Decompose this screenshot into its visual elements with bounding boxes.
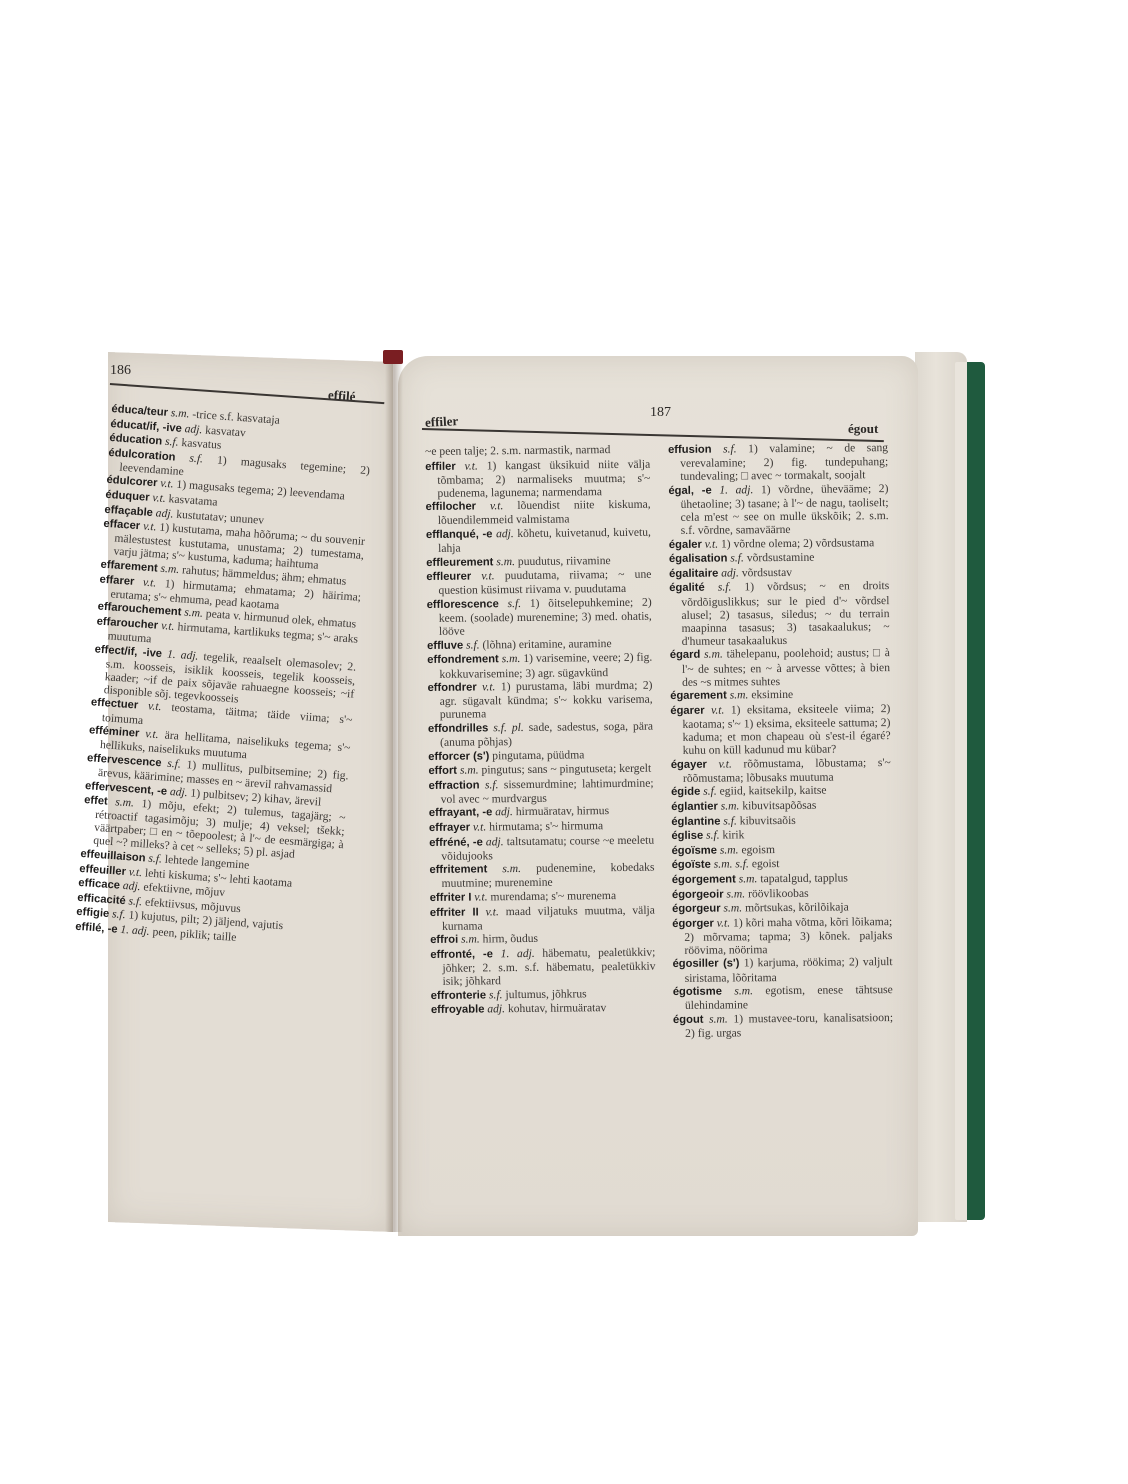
headword: égarement [670, 690, 727, 702]
definition: kasvatama [168, 492, 218, 508]
grammar-label: v.t. [481, 570, 494, 583]
headword: effarer [99, 573, 135, 587]
grammar-label: s.m. [709, 1012, 728, 1025]
definition: kibuvitsaõis [740, 813, 796, 826]
grammar-label: s.m. [184, 606, 204, 620]
dictionary-entry: effroyable adj. kohutav, hirmuäratav [431, 1001, 656, 1017]
running-head-word: égout [848, 421, 878, 436]
headword: églantine [671, 815, 720, 827]
dictionary-entry: égaler v.t. 1) võrdne olema; 2) võrdsust… [669, 536, 889, 552]
dictionary-entry: efflorescence s.f. 1) õitselepuhkemine; … [427, 596, 652, 639]
definition: egoism [741, 843, 775, 856]
headword: égaler [669, 538, 702, 550]
grammar-label: s.m. [460, 764, 479, 777]
right-page-column-2: effusion s.f. 1) valamine; ~ de sang ver… [668, 441, 893, 1040]
headword: effet [84, 794, 108, 808]
dictionary-entry: égorgeur s.m. mõrtsukas, kõrilõikaja [672, 900, 892, 916]
headword: effaçable [104, 503, 153, 518]
grammar-label: s.f. [723, 442, 737, 455]
grammar-label: v.t. [485, 905, 498, 918]
grammar-label: s.m. [739, 872, 758, 885]
dictionary-entry: égorger v.t. 1) kõri maha võtma, kõri lõ… [672, 915, 892, 957]
headword: égosiller (s') [672, 958, 739, 971]
right-running-head-right: égout [848, 421, 878, 437]
grammar-label: s.m. s.f. [714, 858, 749, 871]
headword: effrayant, -e [429, 807, 493, 820]
dictionary-entry: effleurer v.t. puudutama, riivama; ~ une… [426, 568, 651, 598]
dictionary-entry: égard s.m. tähelepanu, poolehoid; austus… [670, 646, 890, 688]
dictionary-entry: effronté, -e 1. adj. häbematu, pealetükk… [430, 945, 655, 988]
definition: puudutus, riivamine [518, 554, 611, 568]
definition: 1) võrdne olema; 2) võrdsustama [721, 536, 874, 550]
green-book-cover [955, 362, 985, 1220]
definition: pingutus; sans ~ pingutuseta; kergelt [481, 762, 651, 777]
headword: égorgeur [672, 903, 721, 915]
headword: égorgeoir [672, 888, 724, 900]
definition: tapatalgud, tapplus [760, 871, 848, 885]
grammar-label: s.m. [502, 862, 521, 875]
headword: effectuer [91, 697, 139, 712]
definition: ~e peen talje; 2. s.m. narmastik, narmad [425, 443, 610, 458]
headword: efféminer [89, 724, 140, 739]
grammar-label: s.f. [489, 988, 503, 1001]
grammar-label: adj. [487, 1002, 505, 1015]
definition: hirmutama; s'~ hirmuma [489, 819, 603, 833]
headword: effaroucher [96, 615, 158, 631]
grammar-label: 1. adj. [501, 947, 535, 960]
grammar-label: v.t. [143, 520, 157, 534]
headword: église [671, 830, 703, 842]
headword: effleurement [426, 556, 493, 569]
definition: kasvatav [205, 423, 246, 439]
grammar-label: s.m. [704, 648, 723, 661]
grammar-label: s.f. pl. [493, 721, 524, 734]
grammar-label: adj. [184, 422, 203, 436]
grammar-label: v.t. [152, 491, 166, 505]
headword: effort [428, 765, 457, 777]
dictionary-entry: égide s.f. egiid, kaitsekilp, kaitse [671, 783, 891, 799]
headword: effleurer [426, 571, 471, 583]
grammar-label: v.t. [711, 703, 724, 716]
grammar-label: s.m. [502, 652, 521, 665]
grammar-label: s.m. [461, 933, 480, 946]
dictionary-entry: efflanqué, -e adj. kõhetu, kuivetanud, k… [426, 526, 651, 556]
red-headband [383, 350, 403, 364]
headword: effiler [425, 460, 456, 472]
grammar-label: adj. [486, 835, 504, 848]
grammar-label: s.m. [720, 843, 739, 856]
definition: 1) valamine; ~ de sang verevalamine; 2) … [680, 441, 888, 483]
open-dictionary-book: 186 effilé effiler 187 égout éduca/teur … [0, 0, 1128, 1484]
headword: effriter I [430, 892, 472, 904]
headword: égorgement [672, 873, 736, 886]
dictionary-entry: égosiller (s') 1) karjuma, röökima; 2) v… [672, 956, 892, 985]
grammar-label: s.f. [148, 852, 162, 866]
headword: efficacité [77, 892, 126, 907]
headword: effronté, -e [430, 948, 493, 961]
grammar-label: s.m. [730, 688, 749, 701]
dictionary-entry: égalitaire adj. võrdsustav [669, 565, 889, 581]
page-number: 186 [110, 363, 131, 378]
headword: effroi [430, 934, 458, 946]
definition: egiid, kaitsekilp, kaitse [720, 784, 827, 798]
dictionary-entry: égalité s.f. 1) võrdsus; ~ en droits võr… [669, 580, 890, 648]
headword: égard [670, 649, 701, 661]
dictionary-entry: effondrer v.t. 1) purustama, läbi murdma… [427, 679, 652, 722]
headword: égarer [670, 704, 704, 716]
headword: éduquer [105, 489, 150, 504]
dictionary-entry: égout s.m. 1) mustavee-toru, kanalisatsi… [673, 1011, 893, 1040]
headword: égotisme [673, 986, 722, 998]
grammar-label: s.f. [189, 451, 203, 465]
headword: égayer [671, 758, 707, 770]
dictionary-entry: égarement s.m. eksimine [670, 687, 890, 703]
grammar-label: 1. adj. [167, 647, 199, 662]
grammar-label: s.m. [734, 984, 753, 997]
dictionary-entry: égalisation s.f. võrdsustamine [669, 550, 889, 566]
headword: éduca/teur [111, 403, 168, 419]
dictionary-entry: église s.f. kirik [671, 827, 891, 843]
headword: éducation [109, 432, 163, 448]
headword: efficace [78, 877, 120, 892]
dictionary-entry: égarer v.t. 1) eksitama, eksiteele viima… [670, 702, 890, 757]
dictionary-entry: égorgement s.m. tapatalgud, tapplus [672, 871, 892, 887]
definition: jultumus, jõhkrus [505, 987, 586, 1001]
dictionary-entry: égoïste s.m. s.f. egoist [672, 856, 892, 872]
book-gutter [385, 352, 403, 1232]
left-page-number: 186 [110, 362, 131, 379]
grammar-label: s.m. [726, 887, 745, 900]
definition: 1) võrdne, ühevääme; 2) ühetaoline; 3) t… [680, 482, 888, 537]
headword: édulcoration [108, 447, 176, 464]
grammar-label: v.t. [705, 537, 718, 550]
grammar-label: adj. [155, 506, 174, 520]
headword: effeuiller [79, 862, 126, 877]
grammar-label: 1. adj. [120, 923, 150, 938]
headword: égalisation [669, 553, 728, 566]
definition: võrdsustamine [747, 551, 815, 565]
definition: (lõhna) eritamine, auramine [482, 637, 611, 651]
definition: võrdsustav [742, 566, 792, 579]
dictionary-entry: égotisme s.m. egotism, enese tähtsuse ül… [673, 983, 893, 1012]
grammar-label: adj. [170, 785, 189, 799]
headword: égorger [672, 917, 714, 929]
grammar-label: v.t. [128, 865, 142, 879]
grammar-label: v.t. [464, 459, 477, 472]
definition: kirik [722, 828, 744, 841]
grammar-label: s.f. [718, 581, 732, 594]
grammar-label: s.m. [723, 901, 742, 914]
headword: effréné, -e [429, 836, 483, 849]
grammar-label: s.f. [706, 829, 720, 842]
definition: hirmuäratav, hirmus [516, 805, 609, 819]
headword: effondrilles [428, 722, 488, 735]
definition: murendama; s'~ murenema [490, 889, 616, 903]
definition: rõõmustama, lõbustama; s'~ rõõmustama; l… [683, 756, 891, 785]
headword: effritement [429, 864, 487, 877]
headword: églantier [671, 801, 718, 813]
headword: égoïste [672, 859, 711, 871]
definition: egoist [752, 857, 780, 870]
grammar-label: v.t. [148, 700, 162, 714]
dictionary-entry: effréné, -e adj. taltsutamatu; course ~e… [429, 833, 654, 863]
headword: égoïsme [672, 844, 717, 856]
page-number: 187 [650, 405, 671, 420]
grammar-label: v.t. [160, 477, 174, 491]
headword: effilocher [426, 501, 476, 514]
grammar-label: v.t. [718, 757, 731, 770]
dictionary-entry: effraction s.f. sissemurdmine; lahtimurd… [428, 776, 653, 806]
grammar-label: s.f. [165, 435, 179, 449]
grammar-label: s.m. [115, 795, 135, 809]
grammar-label: s.f. [723, 814, 737, 827]
grammar-label: s.m. [170, 406, 190, 420]
definition: kasvatus [181, 436, 222, 452]
grammar-label: s.f. [112, 908, 126, 922]
left-running-head: effilé [327, 387, 355, 405]
grammar-label: v.t. [161, 619, 175, 633]
grammar-label: s.f. [485, 778, 499, 791]
definition: röövlikoobas [748, 886, 809, 900]
definition: mõrtsukas, kõrilõikaja [745, 901, 849, 915]
grammar-label: v.t. [482, 680, 495, 693]
headword: effondrement [427, 654, 499, 667]
right-page-column-1: ~e peen talje; 2. s.m. narmastik, narmad… [425, 443, 656, 1018]
grammar-label: v.t. [717, 916, 730, 929]
headword: égalité [669, 582, 705, 594]
definition: 1) võrdsus; ~ en droits võrdõiguslikkus;… [681, 580, 889, 648]
headword: égalitaire [669, 567, 718, 579]
headword: effroyable [431, 1004, 485, 1017]
definition: kohutav, hirmuäratav [508, 1001, 607, 1015]
headword: efflanqué, -e [426, 528, 493, 541]
headword: effronterie [431, 989, 486, 1002]
grammar-label: v.t. [490, 500, 503, 513]
headword: égide [671, 786, 700, 798]
dictionary-entry: effriter II v.t. maad viljatuks muutma, … [430, 903, 655, 933]
dictionary-entry: égayer v.t. rõõmustama, lõbustama; s'~ r… [671, 756, 891, 785]
dictionary-entry: effritement s.m. pudenemine, kobedaks mu… [429, 861, 654, 891]
dictionary-entry: effilocher v.t. lõuendist niite kiskuma,… [426, 498, 651, 528]
definition: hirm, õudus [483, 932, 539, 946]
grammar-label: adj. [495, 806, 513, 819]
headword: égout [673, 1014, 704, 1026]
grammar-label: s.f. [167, 757, 181, 771]
grammar-label: adj. [496, 527, 514, 540]
dictionary-entry: égal, -e 1. adj. 1) võrdne, ühevääme; 2)… [668, 482, 888, 537]
dictionary-entry: égoïsme s.m. egoism [671, 842, 891, 858]
definition: 1) kõri maha võtma, kõri lõikama; 2) mõr… [684, 915, 892, 957]
definition: pingutama, püüdma [492, 748, 584, 762]
dictionary-entry: effiler v.t. 1) kangast üksikuid niite v… [425, 457, 650, 500]
grammar-label: s.f. [466, 638, 480, 651]
grammar-label: s.m. [721, 799, 740, 812]
grammar-label: adj. [721, 566, 739, 579]
headword: effect/if, -ive [94, 643, 162, 660]
headword: égal, -e [668, 484, 711, 496]
headword: effrayer [429, 822, 470, 834]
grammar-label: s.f. [507, 597, 521, 610]
dictionary-entry: églantine s.f. kibuvitsaõis [671, 813, 891, 829]
left-page-column: éduca/teur s.m. -trice s.f. kasvatajaédu… [75, 402, 374, 953]
dictionary-entry: églantier s.m. kibuvitsapõõsas [671, 798, 891, 814]
grammar-label: v.t. [143, 575, 157, 589]
grammar-label: s.m. [160, 562, 180, 576]
grammar-label: s.f. [128, 894, 142, 908]
right-page-number: 187 [650, 404, 671, 421]
grammar-label: s.m. [496, 555, 515, 568]
headword: efflorescence [427, 598, 499, 611]
definition: kibuvitsapõõsas [742, 799, 816, 813]
dictionary-entry: effondrement s.m. 1) varisemine, veere; … [427, 651, 652, 681]
dictionary-entry: égorgeoir s.m. röövlikoobas [672, 886, 892, 902]
headword: effigie [76, 906, 110, 920]
grammar-label: v.t. [474, 890, 487, 903]
headword: effusion [668, 444, 712, 456]
headword: effriter II [430, 906, 479, 919]
headword: effilé, -e [75, 921, 118, 936]
headword: efforcer (s') [428, 750, 489, 763]
headword: effraction [429, 779, 480, 792]
grammar-label: v.t. [145, 727, 159, 741]
dictionary-entry: effondrilles s.f. pl. sade, sadestus, so… [428, 720, 653, 750]
headword: effondrer [427, 682, 476, 695]
headword: effacer [103, 518, 140, 533]
grammar-label: s.f. [703, 785, 717, 798]
grammar-label: adj. [122, 879, 141, 893]
headword: effluve [427, 639, 463, 651]
grammar-label: s.f. [730, 552, 744, 565]
dictionary-entry: effusion s.f. 1) valamine; ~ de sang ver… [668, 441, 888, 483]
definition: eksimine [751, 688, 793, 701]
grammar-label: v.t. [473, 820, 486, 833]
grammar-label: 1. adj. [719, 483, 753, 496]
